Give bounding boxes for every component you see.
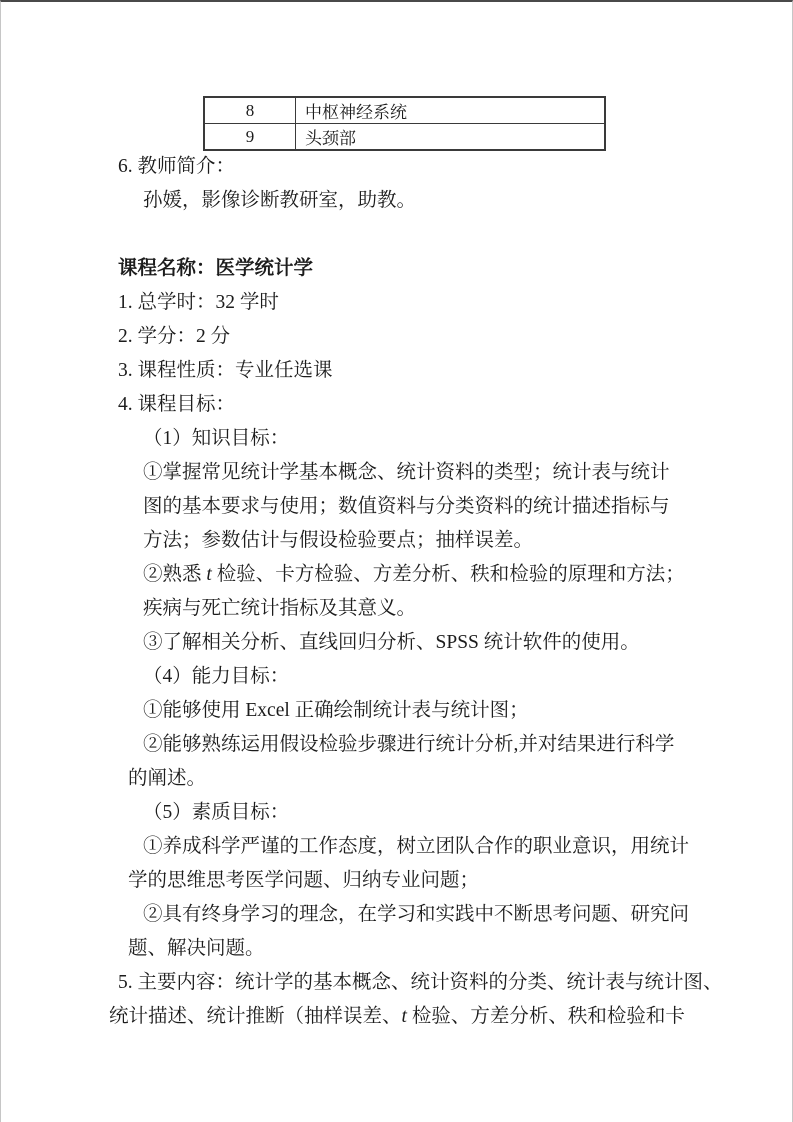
- text-segment: 学的思维思考医学问题、归纳专业问题；: [128, 870, 479, 891]
- text-segment: ③了解相关分析、直线回归分析、SPSS 统计软件的使用。: [143, 632, 640, 653]
- knowledge-objective-2-line-2: 疾病与死亡统计指标及其意义。: [1, 592, 792, 626]
- lesson-title-cell: 头颈部: [296, 124, 606, 151]
- text-segment: 题、解决问题。: [128, 938, 265, 959]
- document-body: 6. 教师简介：孙媛，影像诊断教研室，助教。课程名称：医学统计学1. 总学时：3…: [1, 150, 792, 1034]
- quality-objective-2-line-2: 题、解决问题。: [1, 932, 792, 966]
- quality-objective-1-line-1: ①养成科学严谨的工作态度，树立团队合作的职业意识，用统计: [1, 830, 792, 864]
- text-segment: 课程名称：医学统计学: [118, 258, 313, 279]
- ability-objective-1: ①能够使用 Excel 正确绘制统计表与统计图；: [1, 694, 792, 728]
- item-1-total-hours: 1. 总学时：32 学时: [1, 286, 792, 320]
- blank-line: [1, 218, 792, 252]
- ability-objective-2-line-1: ②能够熟练运用假设检验步骤进行统计分析,并对结果进行科学: [1, 728, 792, 762]
- item-5-main-content-line-2: 统计描述、统计推断（抽样误差、t 检验、方差分析、秩和检验和卡: [1, 1000, 792, 1034]
- text-segment: （5）素质目标：: [143, 802, 289, 823]
- text-segment: 统计描述、统计推断（抽样误差、: [109, 1006, 402, 1027]
- text-segment: 检验、卡方检验、方差分析、秩和检验的原理和方法；: [212, 564, 685, 585]
- knowledge-objectives-heading: （1）知识目标：: [1, 422, 792, 456]
- ability-objectives-heading: （4）能力目标：: [1, 660, 792, 694]
- text-segment: ①能够使用 Excel 正确绘制统计表与统计图；: [143, 700, 529, 721]
- text-segment: 孙媛，影像诊断教研室，助教。: [143, 190, 416, 211]
- course-schedule-table: 8中枢神经系统9头颈部: [203, 96, 606, 151]
- text-segment: ①养成科学严谨的工作态度，树立团队合作的职业意识，用统计: [143, 836, 689, 857]
- knowledge-objective-1-line-2: 图的基本要求与使用；数值资料与分类资料的统计描述指标与: [1, 490, 792, 524]
- text-segment: （1）知识目标：: [143, 428, 289, 449]
- text-segment: 检验、方差分析、秩和检验和卡: [407, 1006, 685, 1027]
- text-segment: 5. 主要内容：统计学的基本概念、统计资料的分类、统计表与统计图、: [118, 972, 723, 993]
- lesson-number-cell: 8: [204, 97, 296, 124]
- item-5-main-content-line-1: 5. 主要内容：统计学的基本概念、统计资料的分类、统计表与统计图、: [1, 966, 792, 1000]
- table-row: 8中枢神经系统: [204, 97, 605, 124]
- knowledge-objective-2-line-1: ②熟悉 t 检验、卡方检验、方差分析、秩和检验的原理和方法；: [1, 558, 792, 592]
- lesson-title-cell: 中枢神经系统: [296, 97, 606, 124]
- text-segment: 2. 学分：2 分: [118, 326, 230, 347]
- text-segment: 3. 课程性质：专业任选课: [118, 360, 333, 381]
- item-6-teacher-intro-heading: 6. 教师简介：: [1, 150, 792, 184]
- quality-objectives-heading: （5）素质目标：: [1, 796, 792, 830]
- text-segment: 方法；参数估计与假设检验要点；抽样误差。: [143, 530, 533, 551]
- course-schedule-table-body: 8中枢神经系统9头颈部: [204, 97, 605, 150]
- course-title: 课程名称：医学统计学: [1, 252, 792, 286]
- lesson-number-cell: 9: [204, 124, 296, 151]
- text-segment: 6. 教师简介：: [118, 156, 235, 177]
- text-segment: ②熟悉: [143, 564, 206, 585]
- text-segment: ②能够熟练运用假设检验步骤进行统计分析,并对结果进行科学: [143, 734, 674, 755]
- text-segment: 的阐述。: [128, 768, 206, 789]
- quality-objective-2-line-1: ②具有终身学习的理念，在学习和实践中不断思考问题、研究问: [1, 898, 792, 932]
- knowledge-objective-1-line-1: ①掌握常见统计学基本概念、统计资料的类型；统计表与统计: [1, 456, 792, 490]
- item-2-credits: 2. 学分：2 分: [1, 320, 792, 354]
- teacher-intro-line: 孙媛，影像诊断教研室，助教。: [1, 184, 792, 218]
- text-segment: 4. 课程目标：: [118, 394, 235, 415]
- knowledge-objective-1-line-3: 方法；参数估计与假设检验要点；抽样误差。: [1, 524, 792, 558]
- item-4-course-objectives: 4. 课程目标：: [1, 388, 792, 422]
- text-segment: 疾病与死亡统计指标及其意义。: [143, 598, 416, 619]
- text-segment: ②具有终身学习的理念，在学习和实践中不断思考问题、研究问: [143, 904, 689, 925]
- text-segment: （4）能力目标：: [143, 666, 289, 687]
- item-3-course-type: 3. 课程性质：专业任选课: [1, 354, 792, 388]
- document-page: 8中枢神经系统9头颈部 6. 教师简介：孙媛，影像诊断教研室，助教。课程名称：医…: [0, 0, 793, 1122]
- text-segment: 1. 总学时：32 学时: [118, 292, 279, 313]
- quality-objective-1-line-2: 学的思维思考医学问题、归纳专业问题；: [1, 864, 792, 898]
- text-segment: ①掌握常见统计学基本概念、统计资料的类型；统计表与统计: [143, 462, 670, 483]
- knowledge-objective-3: ③了解相关分析、直线回归分析、SPSS 统计软件的使用。: [1, 626, 792, 660]
- text-segment: 图的基本要求与使用；数值资料与分类资料的统计描述指标与: [143, 496, 670, 517]
- table-row: 9头颈部: [204, 124, 605, 151]
- ability-objective-2-line-2: 的阐述。: [1, 762, 792, 796]
